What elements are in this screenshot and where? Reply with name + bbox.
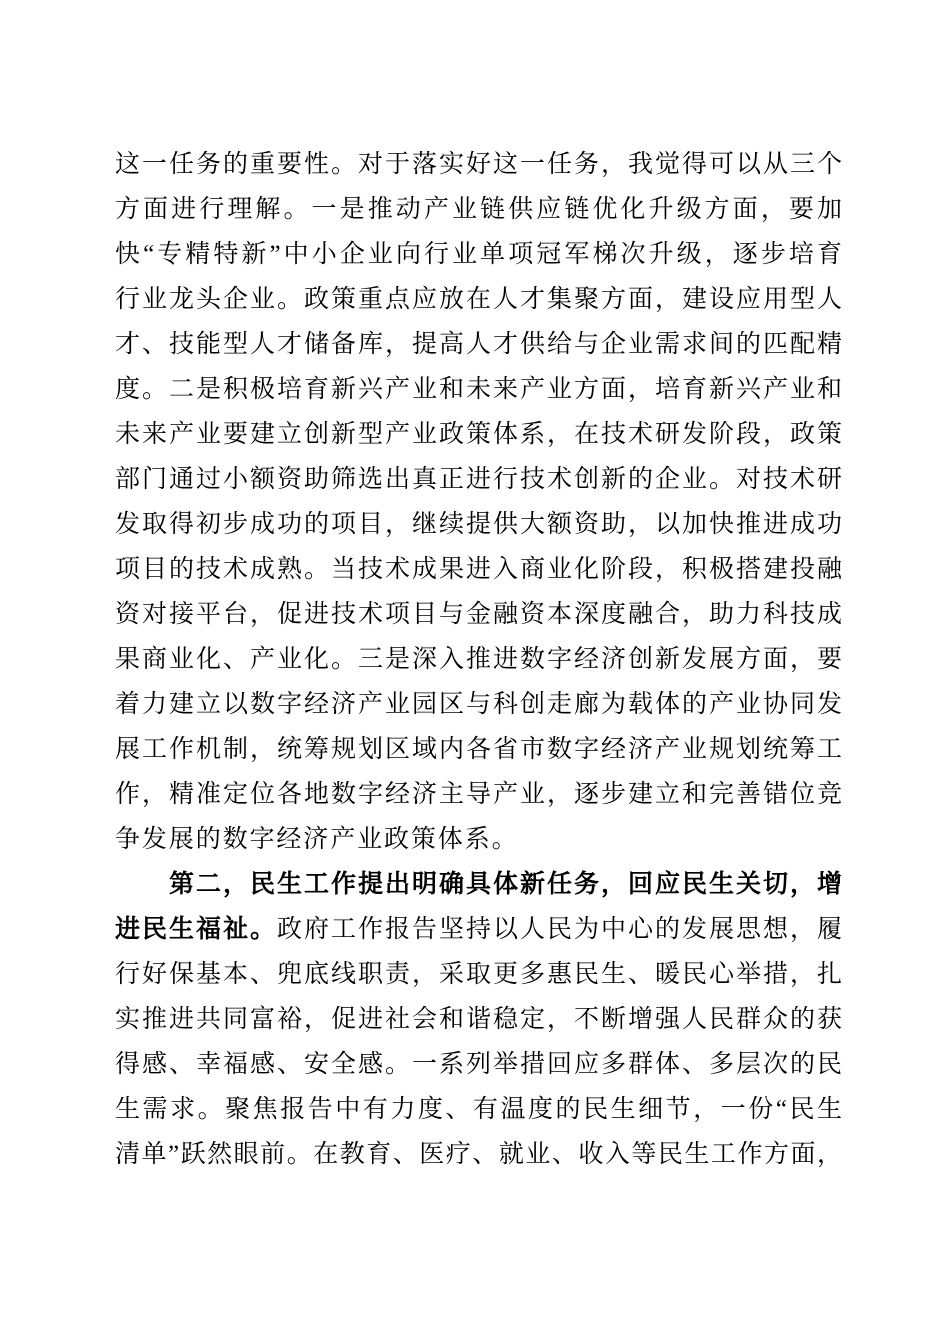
text-line: 方面进行理解。一是推动产业链供应链优化升级方面，要加 <box>115 187 842 232</box>
text-line: 进民生福祉。政府工作报告坚持以人民为中心的发展思想，履 <box>115 907 842 952</box>
text-run: 快“专精特新”中小企业向行业单项冠军梯次升级，逐步培育 <box>115 241 842 268</box>
text-run: 行好保基本、兜底线职责，采取更多惠民生、暖民心举措，扎 <box>115 961 842 988</box>
text-run: 清单”跃然眼前。在教育、医疗、就业、收入等民生工作方面， <box>115 1141 842 1168</box>
text-run: 实推进共同富裕，促进社会和谐稳定，不断增强人民群众的获 <box>115 1006 842 1033</box>
text-run: 行业龙头企业。政策重点应放在人才集聚方面，建设应用型人 <box>115 286 842 313</box>
text-run: 果商业化、产业化。三是深入推进数字经济创新发展方面，要 <box>115 646 842 673</box>
bold-text-run: 进民生福祉。 <box>115 916 277 943</box>
paragraph-industry-tasks: 这一任务的重要性。对于落实好这一任务，我觉得可以从三个方面进行理解。一是推动产业… <box>115 142 842 862</box>
text-line: 作，精准定位各地数字经济主导产业，逐步建立和完善错位竞 <box>115 772 842 817</box>
text-run: 展工作机制，统筹规划区域内各省市数字经济产业规划统筹工 <box>115 736 842 763</box>
text-line: 项目的技术成熟。当技术成果进入商业化阶段，积极搭建投融 <box>115 547 842 592</box>
text-line: 第二，民生工作提出明确具体新任务，回应民生关切，增 <box>115 862 842 907</box>
text-run: 作，精准定位各地数字经济主导产业，逐步建立和完善错位竞 <box>115 781 842 808</box>
text-run: 着力建立以数字经济产业园区与科创走廊为载体的产业协同发 <box>115 691 842 718</box>
text-line: 部门通过小额资助筛选出真正进行技术创新的企业。对技术研 <box>115 457 842 502</box>
text-run: 部门通过小额资助筛选出真正进行技术创新的企业。对技术研 <box>115 466 842 493</box>
document-body: 这一任务的重要性。对于落实好这一任务，我觉得可以从三个方面进行理解。一是推动产业… <box>115 142 842 1177</box>
text-line: 清单”跃然眼前。在教育、医疗、就业、收入等民生工作方面， <box>115 1132 842 1177</box>
text-run: 才、技能型人才储备库，提高人才供给与企业需求间的匹配精 <box>115 331 842 358</box>
text-line: 发取得初步成功的项目，继续提供大额资助，以加快推进成功 <box>115 502 842 547</box>
text-line: 果商业化、产业化。三是深入推进数字经济创新发展方面，要 <box>115 637 842 682</box>
text-line: 这一任务的重要性。对于落实好这一任务，我觉得可以从三个 <box>115 142 842 187</box>
text-line: 度。二是积极培育新兴产业和未来产业方面，培育新兴产业和 <box>115 367 842 412</box>
text-line: 展工作机制，统筹规划区域内各省市数字经济产业规划统筹工 <box>115 727 842 772</box>
text-line: 才、技能型人才储备库，提高人才供给与企业需求间的匹配精 <box>115 322 842 367</box>
text-run: 项目的技术成熟。当技术成果进入商业化阶段，积极搭建投融 <box>115 556 842 583</box>
text-line: 着力建立以数字经济产业园区与科创走廊为载体的产业协同发 <box>115 682 842 727</box>
text-line: 行好保基本、兜底线职责，采取更多惠民生、暖民心举措，扎 <box>115 952 842 997</box>
text-run: 得感、幸福感、安全感。一系列举措回应多群体、多层次的民 <box>115 1051 842 1078</box>
text-run: 生需求。聚焦报告中有力度、有温度的民生细节，一份“民生 <box>115 1096 842 1123</box>
bold-text-run: 第二，民生工作提出明确具体新任务，回应民生关切，增 <box>169 871 842 898</box>
text-run: 政府工作报告坚持以人民为中心的发展思想，履 <box>277 916 842 943</box>
text-line: 行业龙头企业。政策重点应放在人才集聚方面，建设应用型人 <box>115 277 842 322</box>
text-line: 得感、幸福感、安全感。一系列举措回应多群体、多层次的民 <box>115 1042 842 1087</box>
text-run: 方面进行理解。一是推动产业链供应链优化升级方面，要加 <box>115 196 842 223</box>
text-line: 资对接平台，促进技术项目与金融资本深度融合，助力科技成 <box>115 592 842 637</box>
text-line: 未来产业要建立创新型产业政策体系，在技术研发阶段，政策 <box>115 412 842 457</box>
text-run: 资对接平台，促进技术项目与金融资本深度融合，助力科技成 <box>115 601 842 628</box>
paragraph-livelihood: 第二，民生工作提出明确具体新任务，回应民生关切，增进民生福祉。政府工作报告坚持以… <box>115 862 842 1177</box>
document-page: { "page": { "background_color": "#ffffff… <box>0 0 950 1344</box>
page: 这一任务的重要性。对于落实好这一任务，我觉得可以从三个方面进行理解。一是推动产业… <box>0 0 950 1344</box>
text-line: 快“专精特新”中小企业向行业单项冠军梯次升级，逐步培育 <box>115 232 842 277</box>
text-run: 度。二是积极培育新兴产业和未来产业方面，培育新兴产业和 <box>115 376 842 403</box>
text-line: 生需求。聚焦报告中有力度、有温度的民生细节，一份“民生 <box>115 1087 842 1132</box>
text-line: 争发展的数字经济产业政策体系。 <box>115 817 842 862</box>
text-run: 这一任务的重要性。对于落实好这一任务，我觉得可以从三个 <box>115 151 842 178</box>
text-run: 发取得初步成功的项目，继续提供大额资助，以加快推进成功 <box>115 511 842 538</box>
text-run: 争发展的数字经济产业政策体系。 <box>115 826 519 853</box>
text-line: 实推进共同富裕，促进社会和谐稳定，不断增强人民群众的获 <box>115 997 842 1042</box>
text-run: 未来产业要建立创新型产业政策体系，在技术研发阶段，政策 <box>115 421 842 448</box>
